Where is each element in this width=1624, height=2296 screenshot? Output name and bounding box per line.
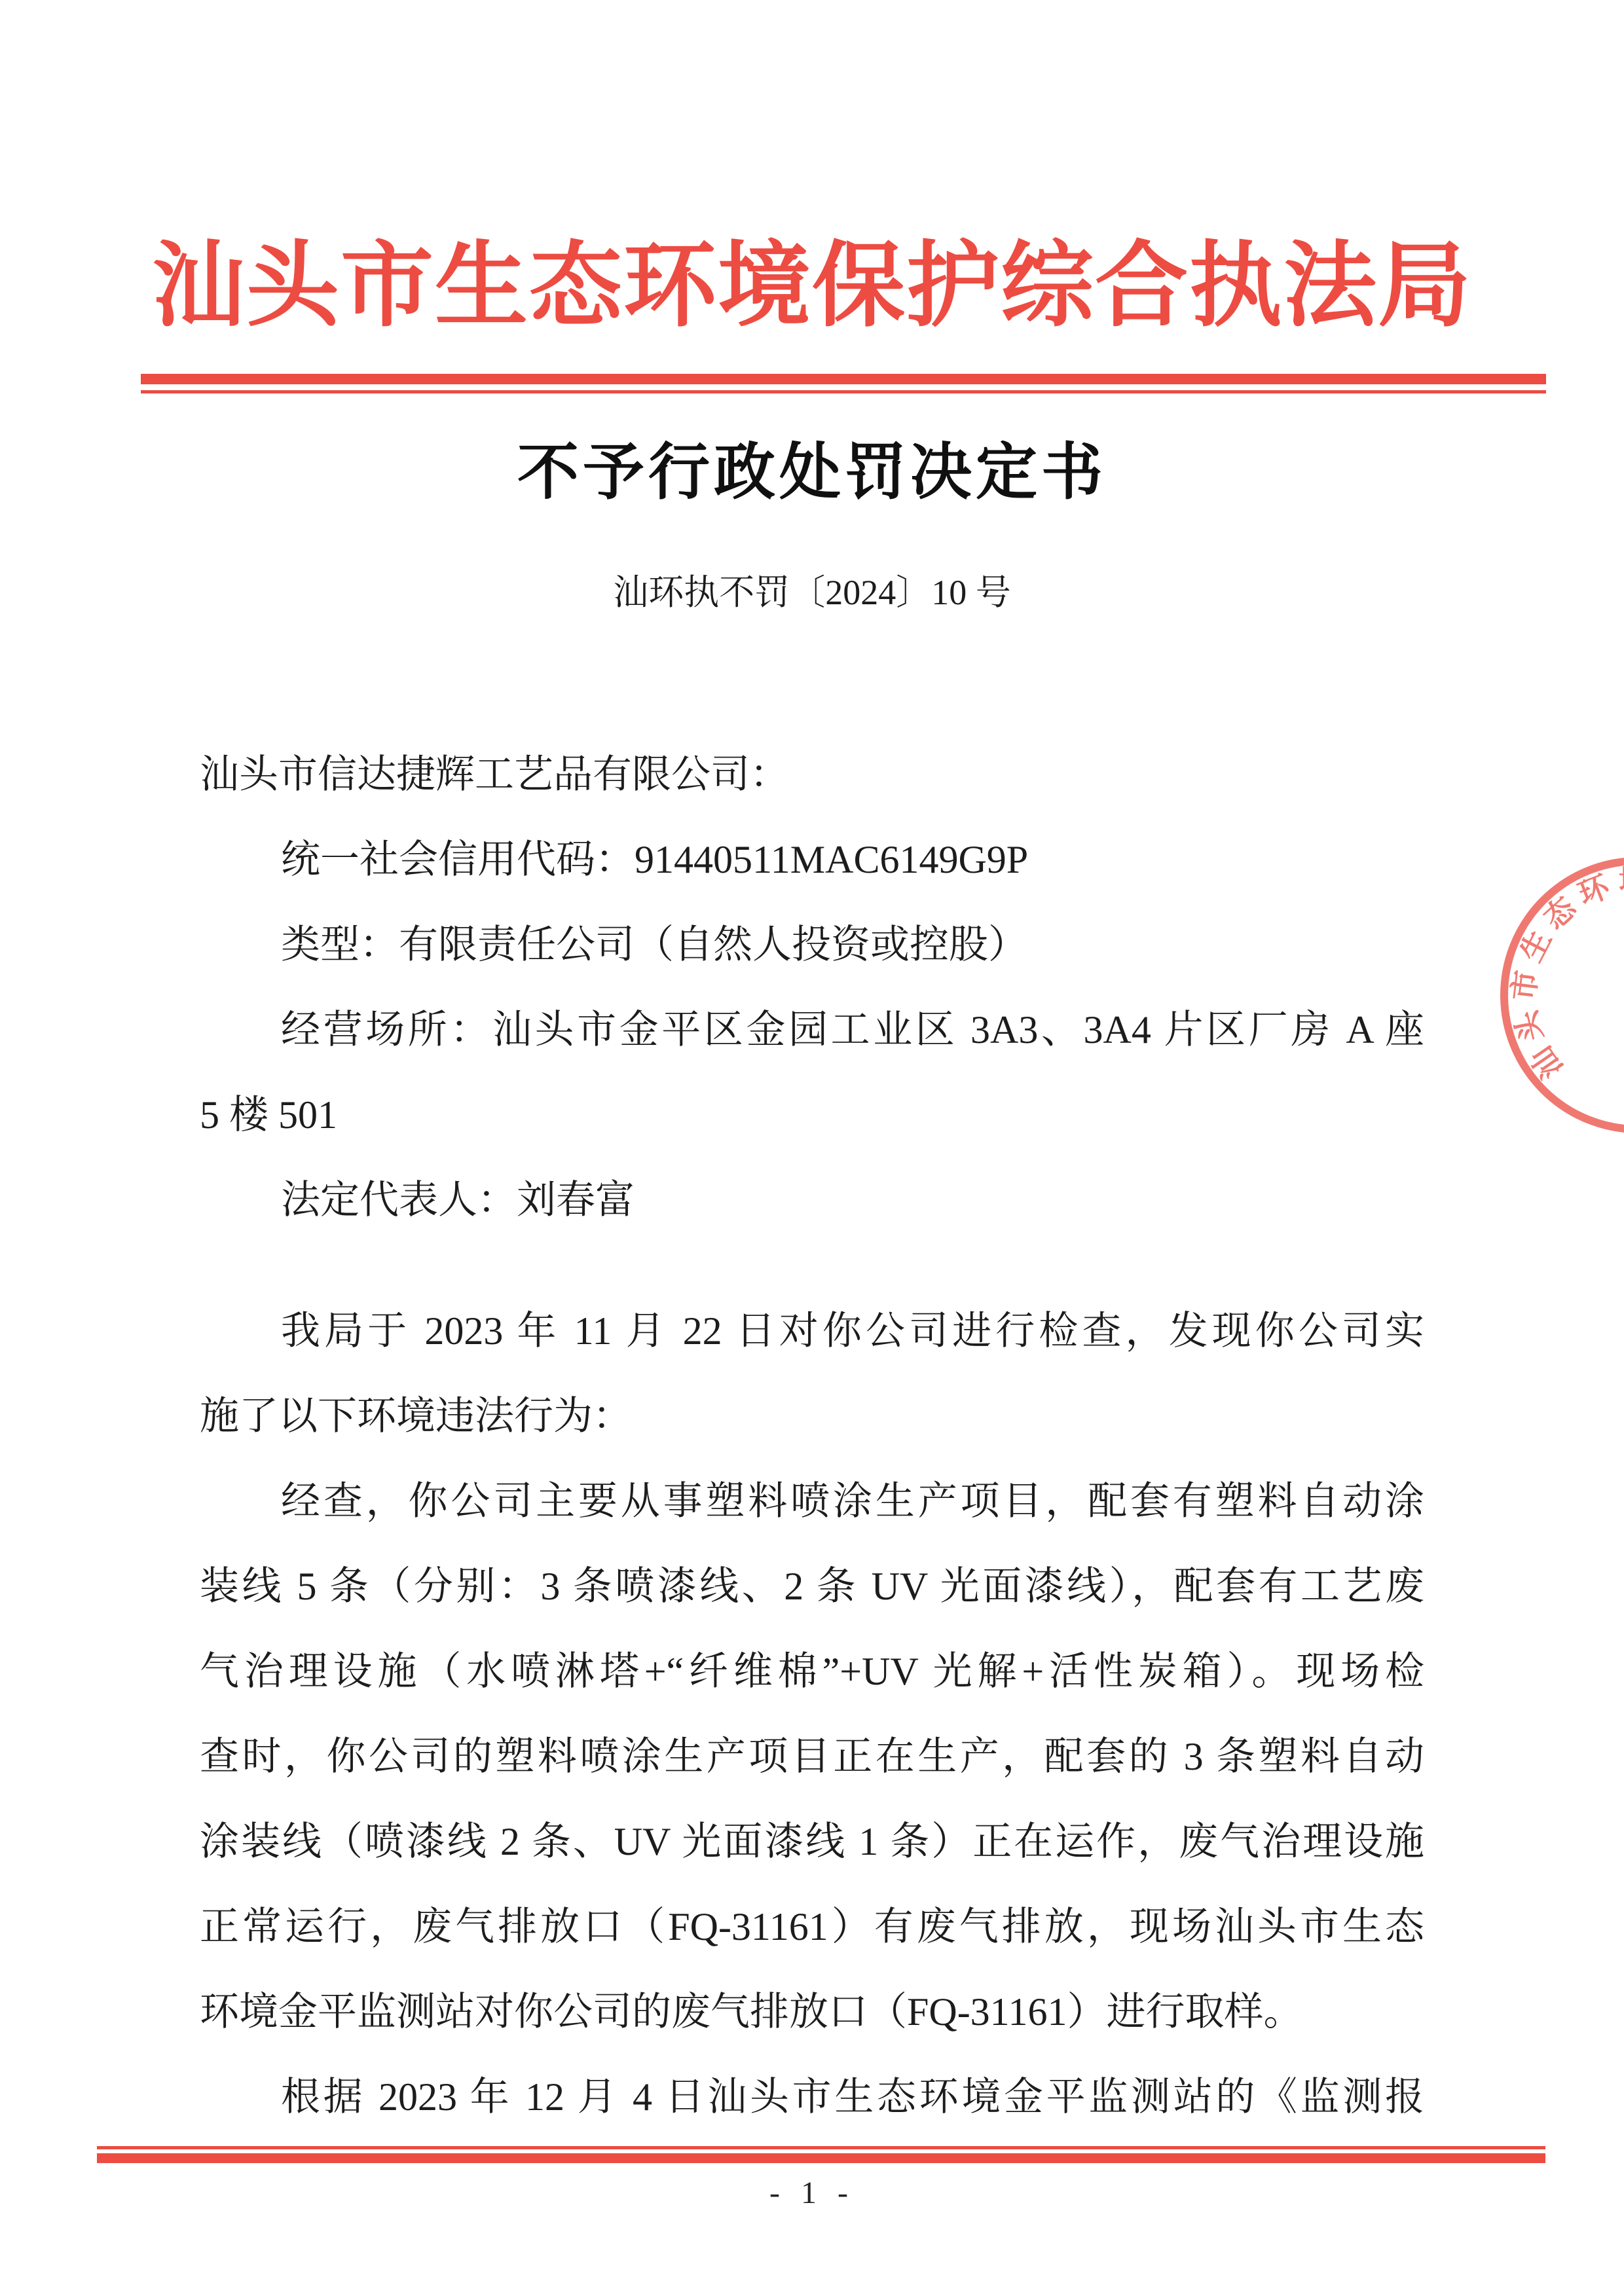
page-number: - 1 -: [0, 2175, 1624, 2211]
body-line: 类型：有限责任公司（自然人投资或控股）: [200, 902, 1424, 987]
svg-text:汕头市生态环境保护综合执法局: 汕头市生态环境保护综合执法局: [1480, 845, 1624, 1085]
body-line: 施了以下环境违法行为：: [200, 1374, 1424, 1459]
document-body: 汕头市信达捷辉工艺品有限公司： 统一社会信用代码：91440511MAC6149…: [0, 732, 1624, 2140]
document-page: 汕头市生态环境保护综合执法局 不予行政处罚决定书 汕环执不罚〔2024〕10 号…: [0, 0, 1624, 2296]
body-line: 环境金平监测站对你公司的废气排放口（FQ-31161）进行取样。: [200, 1969, 1424, 2054]
document-number: 汕环执不罚〔2024〕10 号: [0, 564, 1624, 615]
body-line: 法定代表人：刘春富: [200, 1157, 1424, 1243]
body-line: 5 楼 501: [200, 1072, 1424, 1157]
body-line: 涂装线（喷漆线 2 条、UV 光面漆线 1 条）正在运作，废气治理设施: [200, 1799, 1424, 1884]
body-line: 汕头市信达捷辉工艺品有限公司：: [200, 732, 1424, 817]
header-rule-thin: [141, 390, 1546, 393]
body-line: 正常运行，废气排放口（FQ-31161）有废气排放，现场汕头市生态: [200, 1884, 1424, 1969]
document-title: 不予行政处罚决定书: [0, 422, 1624, 511]
body-line: 根据 2023 年 12 月 4 日汕头市生态环境金平监测站的《监测报: [200, 2054, 1424, 2140]
official-seal-stamp: 汕头市生态环境保护综合执法局: [1480, 845, 1624, 1146]
footer-rule-thick: [97, 2153, 1545, 2163]
body-line: 经查，你公司主要从事塑料喷涂生产项目，配套有塑料自动涂: [200, 1459, 1424, 1544]
agency-title: 汕头市生态环境保护综合执法局: [0, 211, 1624, 344]
body-line: 统一社会信用代码：91440511MAC6149G9P: [200, 817, 1424, 902]
body-line: 经营场所：汕头市金平区金园工业区 3A3、3A4 片区厂房 A 座: [200, 987, 1424, 1072]
body-line: 查时，你公司的塑料喷涂生产项目正在生产，配套的 3 条塑料自动: [200, 1714, 1424, 1799]
header-rule-thick: [141, 374, 1546, 384]
footer-rule-thin: [97, 2146, 1545, 2149]
body-line: 装线 5 条（分别：3 条喷漆线、2 条 UV 光面漆线），配套有工艺废: [200, 1544, 1424, 1629]
body-line: 气治理设施（水喷淋塔+“纤维棉”+UV 光解+活性炭箱）。现场检: [200, 1629, 1424, 1714]
body-line: 我局于 2023 年 11 月 22 日对你公司进行检查，发现你公司实: [200, 1288, 1424, 1374]
seal-text: 汕头市生态环境保护综合执法局: [1480, 845, 1624, 1085]
